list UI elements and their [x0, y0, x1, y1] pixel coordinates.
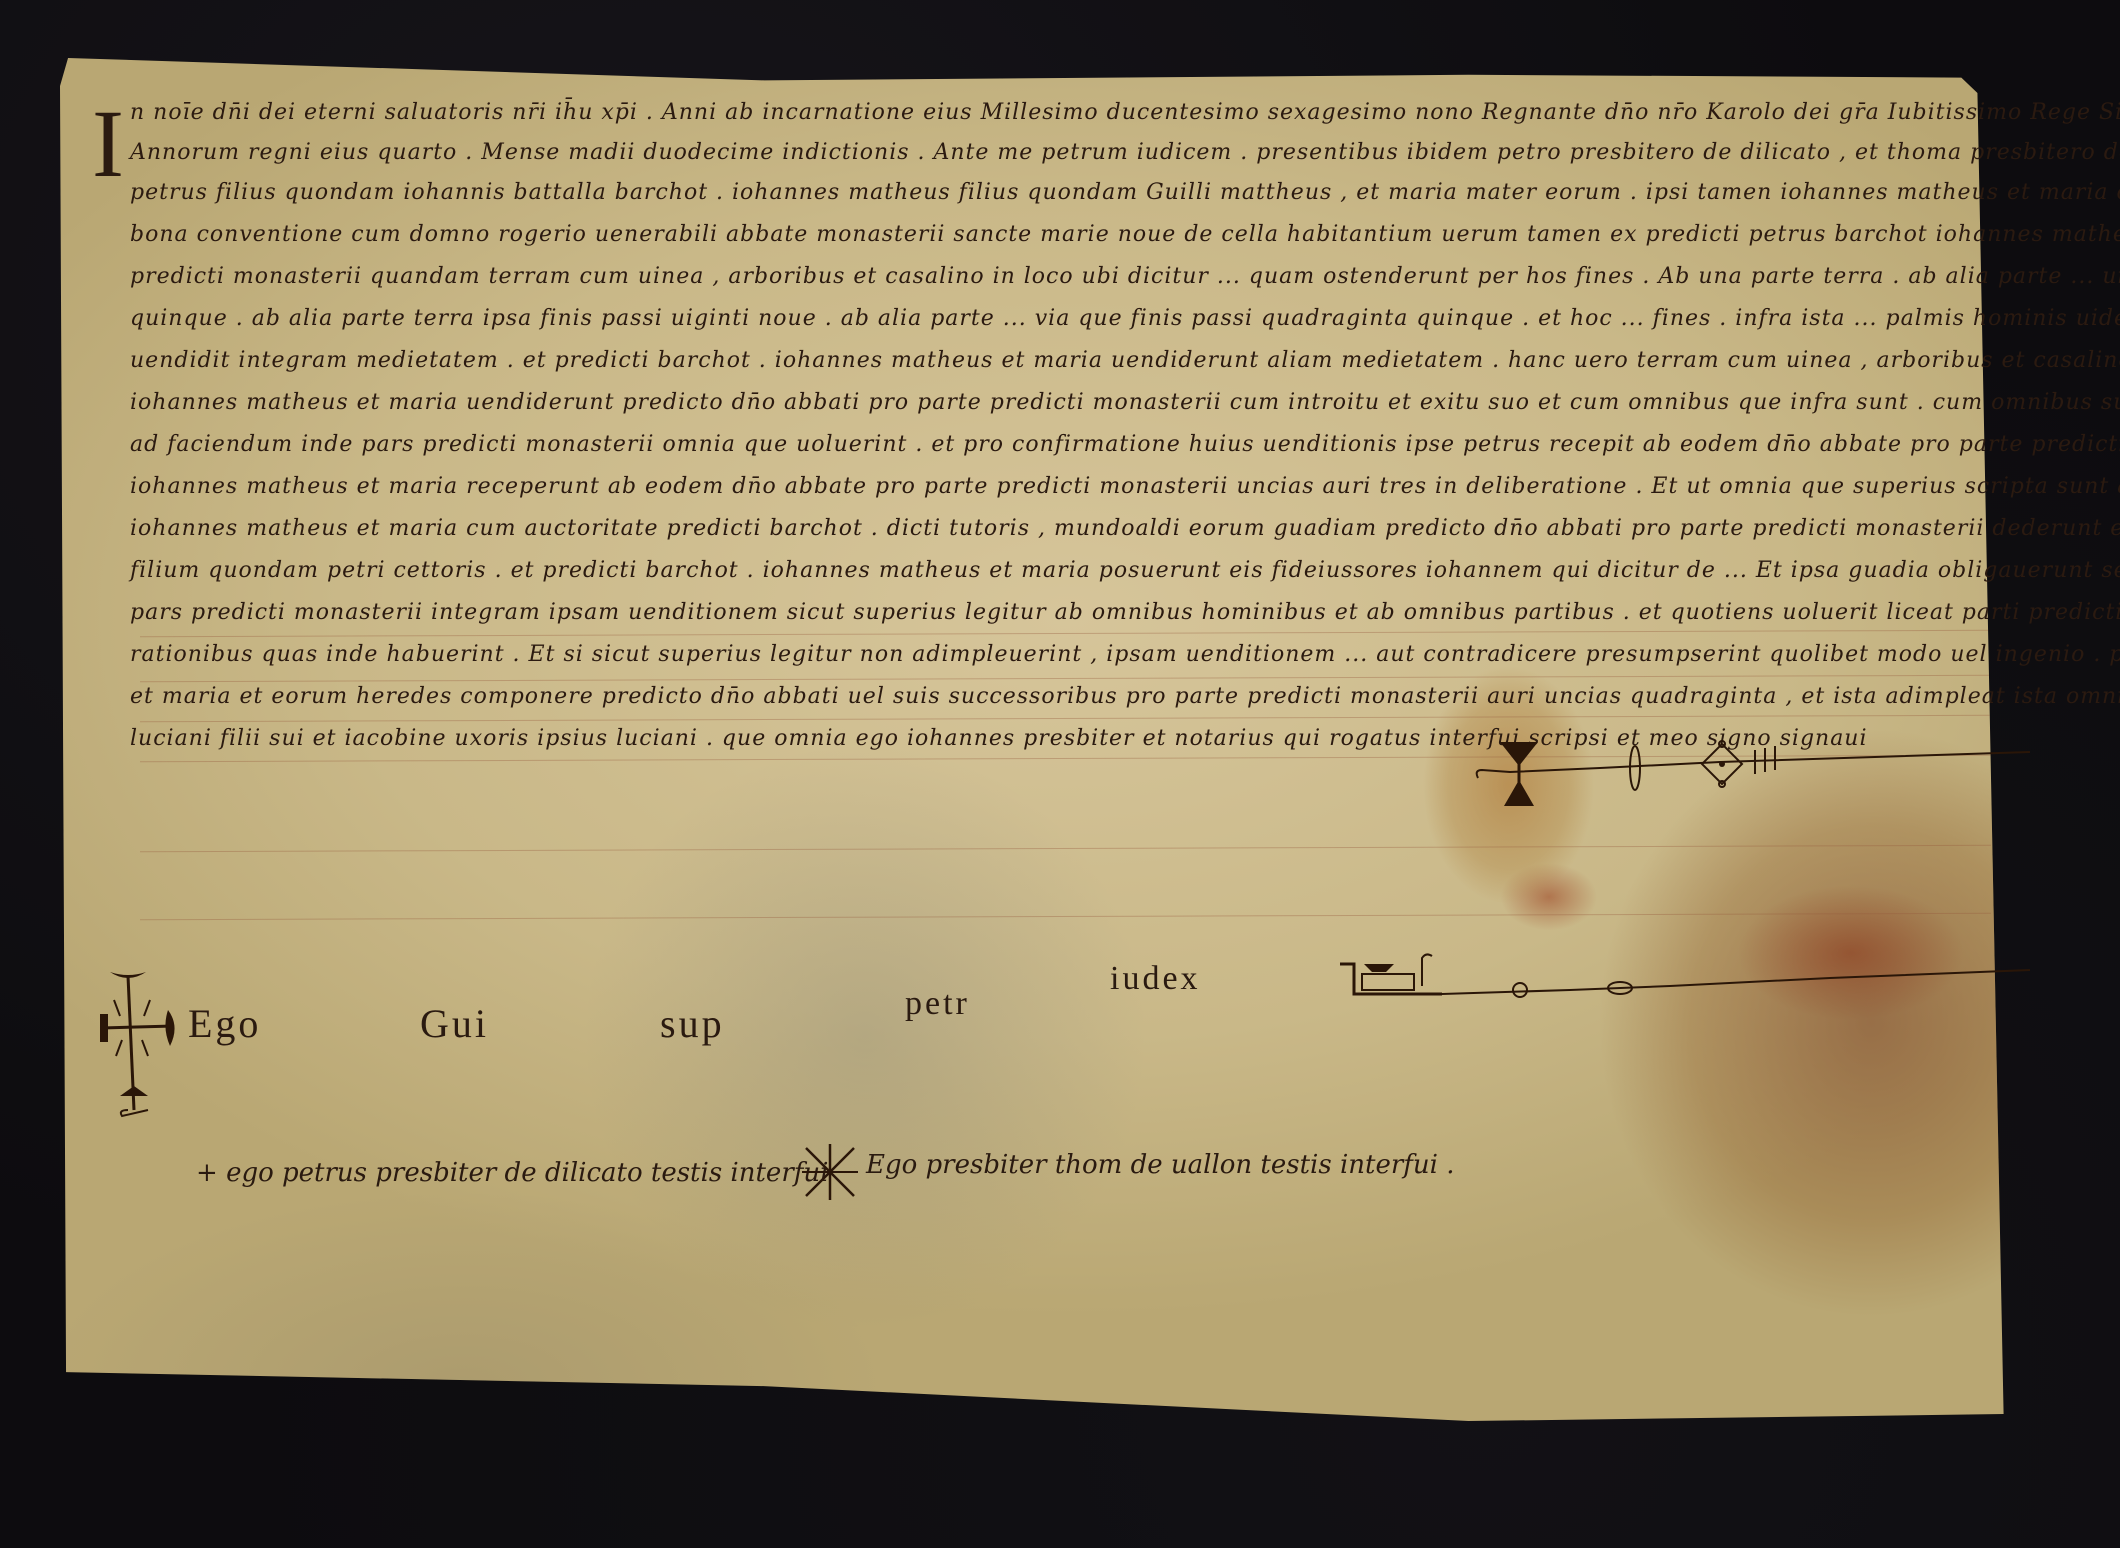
text-line: rationibus quas inde habuerint . Et si s… [130, 642, 2120, 667]
text-line: ad faciendum inde pars predicti monaster… [130, 432, 2120, 457]
ruling-line [140, 913, 1991, 920]
text-line: iohannes matheus et maria cum auctoritat… [130, 516, 2120, 541]
subscription-petr: petr [905, 985, 970, 1023]
ruling-line [140, 845, 1991, 852]
text-line: pars predicti monasterii integram ipsam … [130, 600, 2120, 625]
text-line: Annorum regni eius quarto . Mense madii … [130, 140, 2120, 165]
text-line: iohannes matheus et maria uendiderunt pr… [130, 390, 2120, 415]
ruling-line [140, 630, 1991, 637]
subscription-petrus-presbiter: + ego petrus presbiter de dilicato testi… [196, 1158, 828, 1188]
iudex-signum-icon [1330, 950, 2030, 1010]
text-line: et maria et eorum heredes componere pred… [130, 684, 2120, 709]
subscription-thom-presbiter: Ego presbiter thom de uallon testis inte… [866, 1150, 1455, 1180]
text-line: bona conventione cum domno rogerio uener… [130, 222, 2120, 247]
cross-mark-icon: + [196, 1158, 218, 1188]
subscription-sup: sup [660, 1000, 725, 1047]
ruling-line [140, 715, 1991, 722]
subscription-iudex: iudex [1110, 960, 1201, 998]
text-line: predicti monasterii quandam terram cum u… [130, 264, 2120, 289]
subscription-gui: Gui [420, 1000, 489, 1047]
subscription-ego: Ego [188, 1000, 261, 1047]
subscription-text: ego petrus presbiter de dilicato testis … [226, 1158, 828, 1188]
text-line: iohannes matheus et maria receperunt ab … [130, 474, 2120, 499]
chrismon-icon [800, 1142, 860, 1202]
text-line: filium quondam petri cettoris . et predi… [130, 558, 2120, 583]
text-line: quinque . ab alia parte terra ipsa finis… [130, 306, 2120, 331]
text-line: n noīe dn̄i dei eterni saluatoris nr̄i i… [130, 100, 2120, 125]
text-line: petrus filius quondam iohannis battalla … [130, 180, 2120, 205]
text-line: uendidit integram medietatem . et predic… [130, 348, 2120, 373]
decorated-initial: I [92, 96, 124, 192]
cross-signum-icon [98, 970, 188, 1140]
notary-signum-icon [1470, 740, 2030, 810]
ruling-line [140, 675, 1991, 682]
